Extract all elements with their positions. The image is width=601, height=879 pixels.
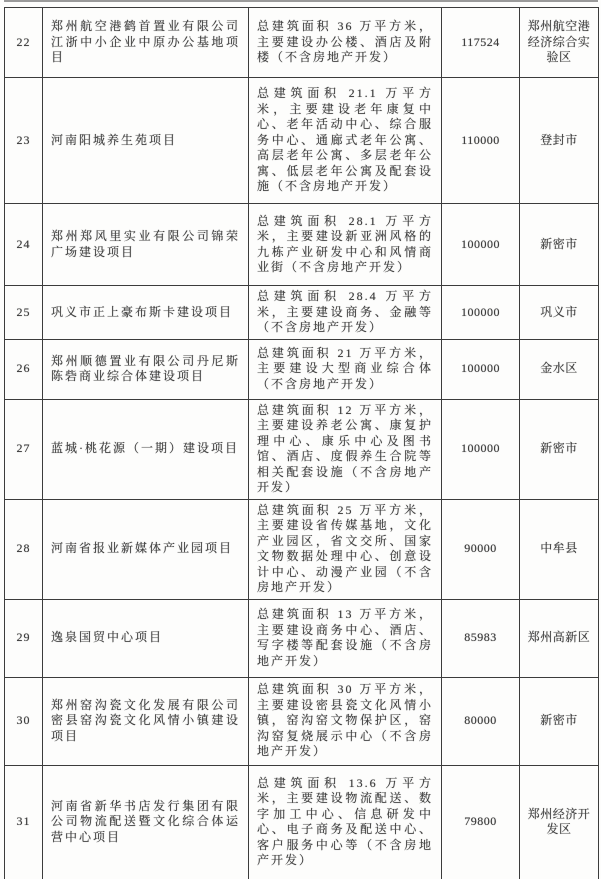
row-number-cell: 29	[5, 599, 43, 677]
row-number-cell: 26	[5, 339, 43, 399]
project-name-cell: 蓝城·桃花源（一期）建设项目	[43, 399, 249, 499]
description-cell: 总建筑面积 36 万平方米，主要建设办公楼、酒店及附楼（不含房地产开发）	[249, 8, 442, 78]
project-name-cell: 河南省新华书店发行集团有限公司物流配送暨文化综合体运营中心项目	[43, 765, 249, 879]
project-name-cell: 郑州顺德置业有限公司丹尼斯陈砦商业综合体建设项目	[43, 339, 249, 399]
location-cell: 郑州经济开发区	[520, 765, 599, 879]
area-value-cell: 100000	[442, 399, 520, 499]
description-cell: 总建筑面积 28.4 万平方米，主要建设商务、金融等（不含房地产开发）	[249, 286, 442, 340]
project-name-cell: 郑州航空港鹤首置业有限公司江浙中小企业中原办公基地项目	[43, 8, 249, 78]
location-cell: 金水区	[520, 339, 599, 399]
area-value-cell: 80000	[442, 677, 520, 765]
row-number-cell: 25	[5, 286, 43, 340]
description-cell: 总建筑面积 21.1 万平方米，主要建设老年康复中心、老年活动中心、综合服务中心…	[249, 78, 442, 204]
project-name-cell: 郑州郑风里实业有限公司锦荣广场建设项目	[43, 204, 249, 286]
project-name-cell: 郑州窑沟瓷文化发展有限公司密县窑沟瓷文化风情小镇建设项目	[43, 677, 249, 765]
previous-row-border-remnant	[4, 0, 598, 2]
description-cell: 总建筑面积 13.6 万平方米，主要建设物流配送、数字加工中心、信息研发中心、电…	[249, 765, 442, 879]
project-name-cell: 河南省报业新媒体产业园项目	[43, 499, 249, 599]
description-cell: 总建筑面积 13 万平方米，主要建设商务中心、酒店、写字楼等配套设施（不含房地产…	[249, 599, 442, 677]
area-value-cell: 100000	[442, 286, 520, 340]
location-cell: 登封市	[520, 78, 599, 204]
location-cell: 中牟县	[520, 499, 599, 599]
document-page: 22 郑州航空港鹤首置业有限公司江浙中小企业中原办公基地项目 总建筑面积 36 …	[0, 0, 601, 879]
description-cell: 总建筑面积 25 万平方米，主要建设省传媒基地，文化产业园区，省文交所、国家文物…	[249, 499, 442, 599]
projects-table-body: 22 郑州航空港鹤首置业有限公司江浙中小企业中原办公基地项目 总建筑面积 36 …	[5, 8, 599, 879]
table-row: 24 郑州郑风里实业有限公司锦荣广场建设项目 总建筑面积 28.1 万平方米，主…	[5, 204, 599, 286]
project-name-cell: 巩义市正上豪布斯卡建设项目	[43, 286, 249, 340]
table-row: 31 河南省新华书店发行集团有限公司物流配送暨文化综合体运营中心项目 总建筑面积…	[5, 765, 599, 879]
project-name-cell: 逸泉国贸中心项目	[43, 599, 249, 677]
area-value-cell: 117524	[442, 8, 520, 78]
location-cell: 郑州航空港经济综合实验区	[520, 8, 599, 78]
projects-table: 22 郑州航空港鹤首置业有限公司江浙中小企业中原办公基地项目 总建筑面积 36 …	[4, 7, 599, 879]
description-cell: 总建筑面积 28.1 万平方米，主要建设新亚洲风格的九栋产业研发中心和风情商业街…	[249, 204, 442, 286]
table-row: 28 河南省报业新媒体产业园项目 总建筑面积 25 万平方米，主要建设省传媒基地…	[5, 499, 599, 599]
location-cell: 郑州高新区	[520, 599, 599, 677]
table-row: 30 郑州窑沟瓷文化发展有限公司密县窑沟瓷文化风情小镇建设项目 总建筑面积 30…	[5, 677, 599, 765]
table-row: 27 蓝城·桃花源（一期）建设项目 总建筑面积 12 万平方米，主要建设养老公寓…	[5, 399, 599, 499]
area-value-cell: 79800	[442, 765, 520, 879]
table-row: 23 河南阳城养生苑项目 总建筑面积 21.1 万平方米，主要建设老年康复中心、…	[5, 78, 599, 204]
project-name-cell: 河南阳城养生苑项目	[43, 78, 249, 204]
table-row: 29 逸泉国贸中心项目 总建筑面积 13 万平方米，主要建设商务中心、酒店、写字…	[5, 599, 599, 677]
row-number-cell: 22	[5, 8, 43, 78]
row-number-cell: 28	[5, 499, 43, 599]
description-cell: 总建筑面积 12 万平方米，主要建设养老公寓、康复护理中心、康乐中心及图书馆、酒…	[249, 399, 442, 499]
area-value-cell: 100000	[442, 339, 520, 399]
table-row: 22 郑州航空港鹤首置业有限公司江浙中小企业中原办公基地项目 总建筑面积 36 …	[5, 8, 599, 78]
location-cell: 新密市	[520, 677, 599, 765]
row-number-cell: 24	[5, 204, 43, 286]
location-cell: 巩义市	[520, 286, 599, 340]
area-value-cell: 90000	[442, 499, 520, 599]
area-value-cell: 100000	[442, 204, 520, 286]
description-cell: 总建筑面积 21 万平方米，主要建设大型商业综合体（不含房地产开发）	[249, 339, 442, 399]
table-row: 25 巩义市正上豪布斯卡建设项目 总建筑面积 28.4 万平方米，主要建设商务、…	[5, 286, 599, 340]
row-number-cell: 31	[5, 765, 43, 879]
area-value-cell: 110000	[442, 78, 520, 204]
row-number-cell: 23	[5, 78, 43, 204]
row-number-cell: 27	[5, 399, 43, 499]
location-cell: 新密市	[520, 399, 599, 499]
area-value-cell: 85983	[442, 599, 520, 677]
description-cell: 总建筑面积 30 万平方米，主要建设密县瓷文化风情小镇，窑沟窑文物保护区，窑沟窑…	[249, 677, 442, 765]
table-row: 26 郑州顺德置业有限公司丹尼斯陈砦商业综合体建设项目 总建筑面积 21 万平方…	[5, 339, 599, 399]
row-number-cell: 30	[5, 677, 43, 765]
location-cell: 新密市	[520, 204, 599, 286]
